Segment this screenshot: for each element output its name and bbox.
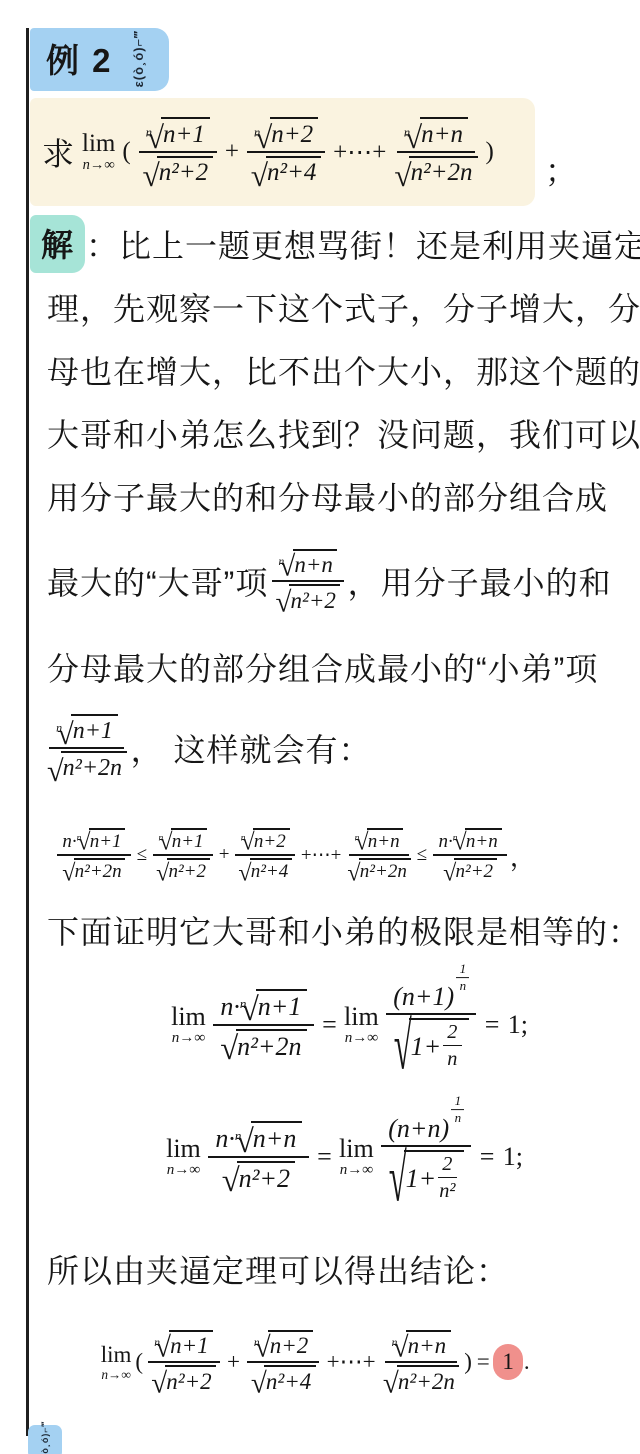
square-root: √n²+2 (443, 858, 497, 882)
sqrt-sign: √ (220, 1036, 238, 1063)
radicand: n²+2n (236, 1029, 307, 1062)
plus-sign: + (225, 138, 239, 166)
radicand: n²+2n (397, 1365, 460, 1394)
nth-root: n√n+2 (241, 828, 290, 852)
kaomoji-icon: ε(ò¸ó)⌐‴ (118, 42, 158, 76)
square-root: √n²+2 (222, 1161, 295, 1194)
equals-sign: = (322, 1010, 337, 1040)
nth-root: n√n+n (278, 549, 337, 578)
ellipsis-plus: +⋯+ (327, 1349, 376, 1375)
lim-subscript: n→∞ (101, 1368, 131, 1381)
radicand: n+n (251, 1121, 301, 1154)
lim-label: lim (171, 1004, 206, 1030)
base-expression: (n+1) (393, 982, 454, 1011)
problem-prefix: 求 (42, 129, 75, 175)
problem-semicolon: ； (545, 146, 578, 192)
nth-root: n√n+n (404, 117, 468, 149)
inner-numerator: 2 (443, 1021, 462, 1046)
fraction-term-3: n√n+n √n²+2n (347, 828, 410, 883)
exponent-numerator: 1 (456, 962, 469, 978)
solution-text-5: 用分子最大的和分母最小的部分组合成 (47, 473, 608, 519)
radicand: n+n (465, 828, 502, 852)
nth-root: n√n+1 (240, 989, 307, 1022)
radicand: 1+2n (409, 1018, 469, 1071)
root-index: n (241, 834, 246, 845)
kaomoji-icon: ε(ò¸ó)⌐‴ (30, 1427, 60, 1454)
rhs-fraction: (n+1)1n √1+2n (386, 979, 476, 1071)
radicand: n+1 (171, 828, 208, 852)
root-index: n (240, 997, 247, 1012)
nth-root: n√n+1 (154, 1330, 213, 1359)
ellipsis-plus: +⋯+ (333, 137, 386, 167)
solution-line-5: 用分子最大的和分母最小的部分组合成 (47, 464, 632, 527)
root-index: n (254, 1337, 260, 1350)
radicand: n+1 (169, 1330, 214, 1359)
solution-text-2: 理，先观察一下这个式子，分子增大，分 (47, 284, 640, 330)
solution-line-7: 分母最大的部分组合成最小的“小弟”项 (47, 635, 632, 698)
sqrt-sign: √ (443, 864, 456, 884)
radicand: n²+2n (74, 858, 126, 882)
nth-root: n√n+n (453, 828, 502, 852)
ellipsis-plus: +⋯+ (301, 844, 341, 867)
radicand: n²+4 (266, 156, 322, 188)
radicand: n²+2 (165, 1365, 216, 1394)
inner-numerator: 2 (438, 1153, 457, 1178)
lhs-fraction: n·n√n+1 √n²+2n (213, 989, 314, 1062)
sqrt-sign: √ (251, 163, 268, 189)
coefficient: n· (62, 831, 76, 852)
equals-sign: = (480, 1142, 495, 1172)
radicand: n+1 (256, 989, 306, 1022)
limit-operator: lim n→∞ (166, 1136, 201, 1179)
sqrt-sign: √ (347, 864, 360, 884)
close-paren: ) (464, 1349, 472, 1375)
lim-subscript: n→∞ (83, 158, 115, 173)
root-index: n (159, 834, 164, 845)
solution-text-3: 母也在增大，比不出个大小，那这个题的 (47, 347, 640, 393)
root-index: n (154, 1337, 160, 1350)
sqrt-sign: √ (394, 1021, 412, 1076)
square-root: √n²+2 (151, 1365, 216, 1394)
square-root: √n²+2n (220, 1029, 306, 1062)
root-index: n (392, 1337, 398, 1350)
plus-sign: + (227, 1349, 240, 1375)
problem-row: 求 lim n→∞ ( n√n+1 √n²+2 + n√n+2 √n²+4 +⋯… (30, 98, 632, 206)
fraction-term-2: n√n+2 √n²+4 (235, 828, 294, 883)
radicand: n+n (420, 117, 468, 149)
fraction-term-2: n√n+2 √n²+4 (247, 117, 325, 187)
fraction-term-3: n√n+n √n²+2n (394, 117, 477, 187)
square-root: √1+2n² (389, 1150, 464, 1203)
radicand: n+1 (161, 117, 209, 149)
inner-fraction: 2n² (438, 1153, 457, 1203)
lim-label: lim (344, 1004, 379, 1030)
root-index: n (453, 834, 458, 845)
lower-bound-fraction: n·n√n+1 √n²+2n (57, 828, 131, 883)
radicand: n²+2n (409, 156, 477, 188)
radicand: n+2 (270, 117, 318, 149)
sqrt-sign: √ (394, 163, 411, 189)
limit-operator: lim n→∞ (344, 1004, 379, 1047)
sqrt-sign: √ (251, 1372, 267, 1396)
limit-operator: lim n→∞ (339, 1136, 374, 1179)
inner-denominator: n² (439, 1178, 455, 1203)
lim-label: lim (166, 1136, 201, 1162)
nth-root: n√n+n (235, 1121, 302, 1154)
nth-root: n√n+2 (254, 1330, 313, 1359)
inner-fraction: 2n (443, 1021, 462, 1071)
solution-text-10: 所以由夹逼定理可以得出结论： (47, 1246, 509, 1292)
square-root: √n²+2 (156, 858, 210, 882)
equals-sign: = (317, 1142, 332, 1172)
example-badge: 例 2 ε(ò¸ó)⌐‴ (30, 28, 169, 91)
radicand: n²+4 (264, 1365, 315, 1394)
close-paren: ) (486, 138, 494, 166)
coefficient: n· (220, 992, 240, 1021)
square-root: √n²+4 (251, 1365, 316, 1394)
lim-label: lim (82, 131, 115, 156)
square-root: √n²+2 (275, 584, 340, 613)
radicand: n+1 (89, 828, 126, 852)
result-value: 1; (503, 1142, 523, 1172)
root-index: n (77, 834, 82, 845)
limit-operator: lim n→∞ (82, 131, 115, 172)
fraction: n√n+n √n²+2 (272, 549, 344, 614)
root-index: n (146, 125, 152, 139)
sqrt-sign: √ (275, 591, 291, 615)
radicand: n+n (293, 549, 338, 578)
fraction-term-1: n√n+1 √n²+2 (153, 828, 212, 883)
lim-subscript: n→∞ (172, 1031, 205, 1046)
solution-text-6a: 最大的“大哥”项 (47, 558, 268, 604)
radicand: 1+2n² (404, 1150, 464, 1203)
lim-label: lim (101, 1343, 132, 1366)
sqrt-sign: √ (238, 864, 251, 884)
example-title: 例 2 (46, 35, 113, 82)
little-brother-term: n√n+1 √n²+2n (47, 714, 131, 781)
result-value: 1; (508, 1010, 528, 1040)
lim-subscript: n→∞ (167, 1163, 200, 1178)
radicand: n+n (406, 1330, 451, 1359)
square-root: √n²+2n (347, 858, 410, 882)
base-expression: (n+n) (388, 1114, 449, 1143)
problem-box: 求 lim n→∞ ( n√n+1 √n²+2 + n√n+2 √n²+4 +⋯… (30, 98, 535, 206)
exponent-denominator: n (455, 1110, 462, 1125)
nth-root: n√n+1 (56, 714, 118, 744)
radicand: n²+4 (250, 858, 292, 882)
solution-line-2: 理，先观察一下这个式子，分子增大，分 (47, 275, 632, 338)
radicand: n+2 (268, 1330, 313, 1359)
exponent-numerator: 1 (451, 1094, 464, 1110)
nth-root: n√n+1 (77, 828, 126, 852)
solution-line-1: 解 ： 比上一题更想骂街！还是利用夹逼定 (47, 212, 632, 275)
radicand: n+1 (71, 714, 117, 744)
solution-text-7: 分母最大的部分组合成最小的“小弟”项 (47, 644, 598, 690)
square-root: √n²+2n (383, 1365, 460, 1394)
exponent-denominator: n (460, 978, 467, 993)
solution-line-3: 母也在增大，比不出个大小，那这个题的 (47, 338, 632, 401)
sqrt-sign: √ (389, 1153, 407, 1208)
solution-text-9: 下面证明它大哥和小弟的极限是相等的： (47, 907, 640, 953)
limit-operator: lim n→∞ (101, 1343, 132, 1381)
radicand-prefix: 1+ (406, 1164, 437, 1193)
coefficient: n· (215, 1124, 235, 1153)
solution-line-9: 下面证明它大哥和小弟的极限是相等的： (47, 898, 632, 961)
solution-line-4: 大哥和小弟怎么找到？没问题，我们可以 (47, 401, 632, 464)
root-index: n (56, 722, 62, 735)
nth-root: n√n+1 (159, 828, 208, 852)
solution-text-8: ， 这样就会有： (131, 725, 372, 771)
big-brother-term: n√n+n √n²+2 (268, 549, 347, 614)
nth-root: n√n+n (392, 1330, 451, 1359)
open-paren: ( (122, 138, 130, 166)
radicand: n²+2 (237, 1161, 295, 1194)
sqrt-sign: √ (156, 864, 169, 884)
limit-equation-1: lim n→∞ n·n√n+1 √n²+2n = lim n→∞ (n+1)1n… (168, 961, 632, 1089)
radicand: n²+2n (359, 858, 411, 882)
sqrt-sign: √ (151, 1372, 167, 1396)
inner-denominator: n (447, 1046, 457, 1071)
exponent-fraction: 1n (451, 1094, 464, 1126)
radicand: n²+2n (61, 751, 127, 781)
equals-sign: = (485, 1010, 500, 1040)
footer-badge: ε(ò¸ó)⌐‴ (28, 1425, 62, 1454)
solution-line-8: n√n+1 √n²+2n ， 这样就会有： (47, 698, 632, 798)
solution-badge: 解 (30, 215, 85, 273)
square-root: √n²+2n (62, 858, 125, 882)
radicand: n²+2 (289, 584, 340, 613)
limit-operator: lim n→∞ (171, 1004, 206, 1047)
fraction-term-2: n√n+2 √n²+4 (247, 1330, 319, 1395)
content: 例 2 ε(ò¸ó)⌐‴ 求 lim n→∞ ( n√n+1 √n²+2 + n… (0, 0, 640, 1454)
less-equal-sign: ≤ (417, 844, 427, 866)
inequality-comma: ， (510, 837, 537, 874)
fraction-term-3: n√n+n √n²+2n (383, 1330, 460, 1395)
solution-text-6b: ，用分子最小的和 (348, 558, 612, 604)
answer-highlight: 1 (493, 1344, 523, 1380)
lim-label: lim (339, 1136, 374, 1162)
radicand: n²+2 (167, 858, 209, 882)
radicand: n+2 (253, 828, 290, 852)
sqrt-sign: √ (142, 163, 159, 189)
sqrt-sign: √ (222, 1168, 240, 1195)
limit-equation-2: lim n→∞ n·n√n+n √n²+2 = lim n→∞ (n+n)1n … (163, 1089, 632, 1225)
root-index: n (235, 1129, 242, 1144)
open-paren: ( (135, 1349, 143, 1375)
fraction-term-1: n√n+1 √n²+2 (148, 1330, 220, 1395)
solution-colon: ： (86, 221, 119, 267)
final-period: . (524, 1349, 530, 1375)
solution-text-1: 比上一题更想骂街！还是利用夹逼定 (119, 221, 640, 267)
radicand: n²+2 (157, 156, 213, 188)
page: 例 2 ε(ò¸ó)⌐‴ 求 lim n→∞ ( n√n+1 √n²+2 + n… (0, 0, 640, 1454)
upper-bound-fraction: n·n√n+n √n²+2 (433, 828, 507, 883)
square-root: √1+2n (394, 1018, 469, 1071)
square-root: √n²+4 (251, 156, 322, 188)
solution-line-10: 所以由夹逼定理可以得出结论： (47, 1237, 632, 1300)
sqrt-sign: √ (62, 864, 75, 884)
square-root: √n²+4 (238, 858, 292, 882)
coefficient: n· (439, 831, 453, 852)
less-equal-sign: ≤ (137, 844, 147, 866)
radicand: n+n (367, 828, 404, 852)
square-root: √n²+2 (142, 156, 213, 188)
lhs-fraction: n·n√n+n √n²+2 (208, 1121, 309, 1194)
square-root: √n²+2n (47, 751, 127, 781)
nth-root: n√n+1 (146, 117, 210, 149)
equals-sign: = (477, 1349, 490, 1375)
root-index: n (278, 556, 284, 569)
solution-badge-label: 解 (41, 220, 74, 266)
squeeze-inequality: n·n√n+1 √n²+2n ≤ n√n+1 √n²+2 + n√n+2 √n²… (54, 812, 632, 898)
solution-line-6: 最大的“大哥”项 n√n+n √n²+2 ，用分子最小的和 (47, 527, 632, 635)
sqrt-sign: √ (47, 759, 64, 784)
exponent-fraction: 1n (456, 962, 469, 994)
fraction-term-1: n√n+1 √n²+2 (139, 117, 217, 187)
root-index: n (254, 125, 260, 139)
plus-sign: + (219, 844, 230, 866)
rhs-fraction: (n+n)1n √1+2n² (381, 1111, 471, 1203)
square-root: √n²+2n (394, 156, 477, 188)
root-index: n (355, 834, 360, 845)
lim-subscript: n→∞ (340, 1163, 373, 1178)
fraction: n√n+1 √n²+2n (47, 714, 127, 781)
lim-subscript: n→∞ (345, 1031, 378, 1046)
root-index: n (404, 125, 410, 139)
radicand: n²+2 (454, 858, 496, 882)
nth-root: n√n+2 (254, 117, 318, 149)
solution-text-4: 大哥和小弟怎么找到？没问题，我们可以 (47, 410, 640, 456)
conclusion-formula: lim n→∞ ( n√n+1 √n²+2 + n√n+2 √n²+4 +⋯+ … (98, 1312, 632, 1412)
sqrt-sign: √ (383, 1372, 399, 1396)
radicand-prefix: 1+ (411, 1032, 442, 1061)
nth-root: n√n+n (355, 828, 404, 852)
